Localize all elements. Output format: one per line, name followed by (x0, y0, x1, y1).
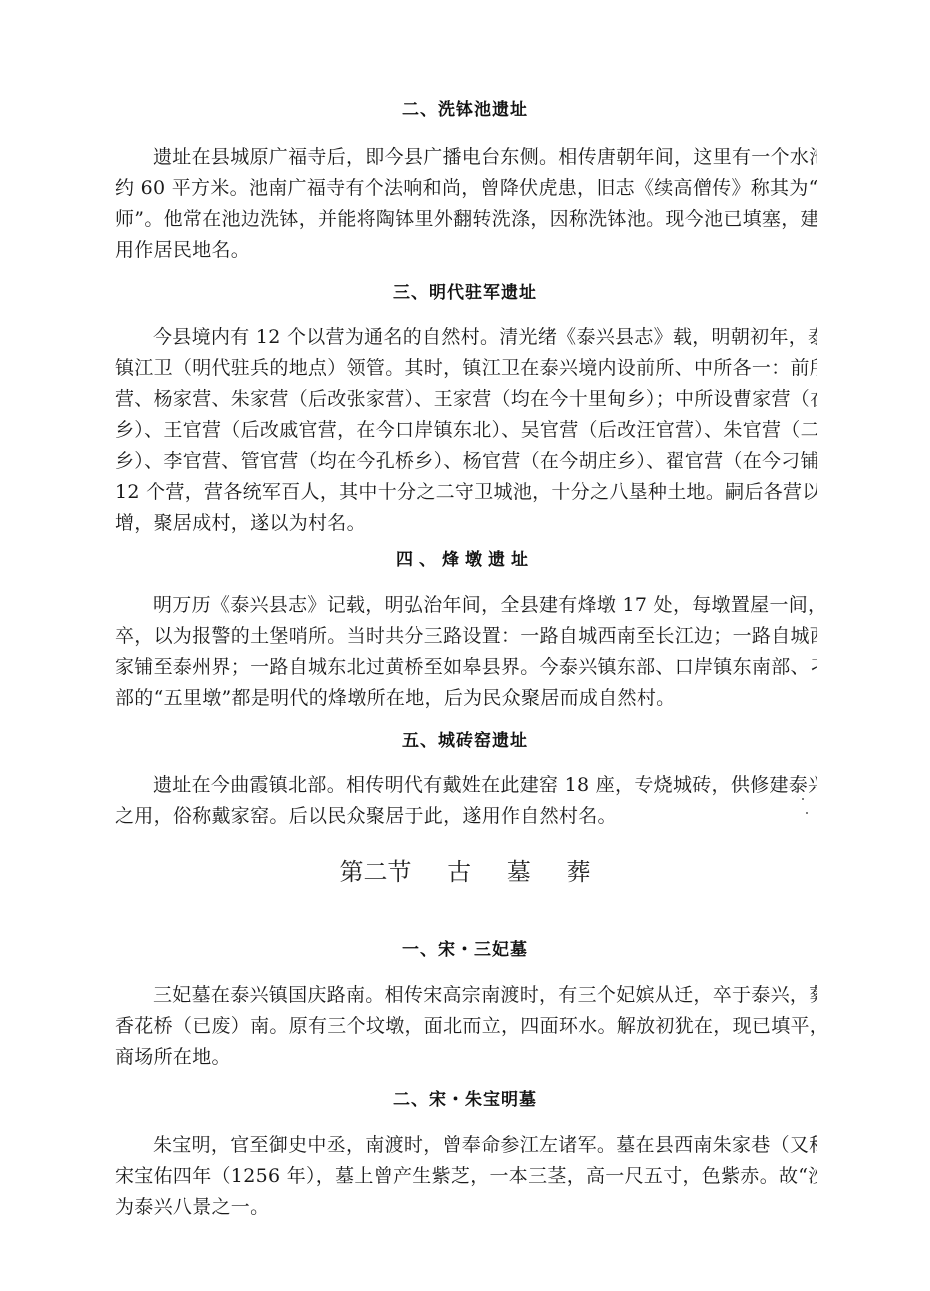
heading-ming-garrison-site: 三、明代驻军遗址 (0, 278, 930, 303)
text-line: 卒，以为报警的土堡哨所。当时共分三路设置：一路自城西南至长江边；一路自城西北过刁 (115, 621, 817, 652)
paragraph-three-consorts-tomb: 三妃墓在泰兴镇国庆路南。相传宋高宗南渡时，有三个妃嫔从迁，卒于泰兴，葬于城内 香… (115, 980, 817, 1073)
section-number: 第二节 (340, 852, 412, 887)
text-line: 今县境内有 12 个以营为通名的自然村。清光绪《泰兴县志》载，明朝初年，泰兴营武… (115, 322, 817, 353)
text-line: 增，聚居成村，遂以为村名。 (115, 508, 817, 539)
section-title-char: 墓 (507, 852, 531, 887)
paragraph-beacon: 明万历《泰兴县志》记载，明弘治年间，全县建有烽墩 17 处，每墩置屋一间，居巡逻… (115, 590, 817, 714)
text-line: 为泰兴八景之一。 (115, 1192, 817, 1223)
paragraph-brick-kiln: 遗址在今曲霞镇北部。相传明代有戴姓在此建窑 18 座，专烧城砖，供修建泰兴县城垣… (115, 770, 817, 832)
text-line: 遗址在县城原广福寺后，即今县广播电台东侧。相传唐朝年间，这里有一个水池，占地 (115, 142, 817, 173)
text-line: 朱宝明，官至御史中丞，南渡时，曾奉命参江左诸军。墓在县西南朱家巷（又称沙埠）。 (115, 1130, 817, 1161)
scan-speck (806, 812, 808, 814)
text-line: 师”。他常在池边洗钵，并能将陶钵里外翻转洗涤，因称洗钵池。现今池已填塞，建屋其上… (115, 204, 817, 235)
section-title-char: 古 (447, 852, 471, 887)
text-line: 乡）、李官营、管官营（均在今孔桥乡）、杨官营（在今胡庄乡）、翟官营（在今刁铺镇南… (115, 446, 817, 477)
text-line: 约 60 平方米。池南广福寺有个法响和尚，曾降伏虎患，旧志《续高僧传》称其为“伏… (115, 173, 817, 204)
text-line: 12 个营，营各统军百人，其中十分之二守卫城池，十分之八垦种土地。嗣后各营以人口… (115, 477, 817, 508)
text-line: 三妃墓在泰兴镇国庆路南。相传宋高宗南渡时，有三个妃嫔从迁，卒于泰兴，葬于城内 (115, 980, 817, 1011)
text-line: 家铺至泰州界；一路自城东北过黄桥至如皋县界。今泰兴镇东部、口岸镇东南部、刁铺镇南 (115, 652, 817, 683)
text-line: 宋宝佑四年（1256 年），墓上曾产生紫芝，一本三茎，高一尺五寸，色紫赤。故“沙… (115, 1161, 817, 1192)
text-line: 用作居民地名。 (115, 235, 817, 266)
document-page: 二、洗钵池遗址 遗址在县城原广福寺后，即今县广播电台东侧。相传唐朝年间，这里有一… (0, 0, 930, 1291)
text-line: 香花桥（已废）南。原有三个坟墩，面北而立，四面环水。解放初犹在，现已填平，为国庆… (115, 1011, 817, 1042)
text-line: 营、杨家营、朱家营（后改张家营）、王家营（均在今十里甸乡）；中所设曹家营（在今许… (115, 384, 817, 415)
text-line: 乡）、王官营（后改戚官营，在今口岸镇东北）、吴官营（后改汪官营）、朱官营（二营在… (115, 415, 817, 446)
paragraph-ming-garrison: 今县境内有 12 个以营为通名的自然村。清光绪《泰兴县志》载，明朝初年，泰兴营武… (115, 322, 817, 539)
paragraph-xibochi: 遗址在县城原广福寺后，即今县广播电台东侧。相传唐朝年间，这里有一个水池，占地 约… (115, 142, 817, 266)
text-line: 之用，俗称戴家窑。后以民众聚居于此，遂用作自然村名。 (115, 801, 817, 832)
text-line: 部的“五里墩”都是明代的烽墩所在地，后为民众聚居而成自然村。 (115, 683, 817, 714)
text-line: 商场所在地。 (115, 1042, 817, 1073)
heading-zhu-baoming-tomb: 二、宋・朱宝明墓 (0, 1085, 930, 1110)
heading-three-consorts-tomb: 一、宋・三妃墓 (0, 935, 930, 960)
section-title-char: 葬 (566, 852, 590, 887)
text-line: 遗址在今曲霞镇北部。相传明代有戴姓在此建窑 18 座，专烧城砖，供修建泰兴县城垣 (115, 770, 817, 801)
heading-beacon-site: 四、烽墩遗址 (0, 545, 930, 570)
heading-brick-kiln-site: 五、城砖窑遗址 (0, 726, 930, 751)
heading-xibochi-site: 二、洗钵池遗址 (0, 95, 930, 120)
text-line: 明万历《泰兴县志》记载，明弘治年间，全县建有烽墩 17 处，每墩置屋一间，居巡逻… (115, 590, 817, 621)
text-line: 镇江卫（明代驻兵的地点）领管。其时，镇江卫在泰兴境内设前所、中所各一：前所设李家 (115, 353, 817, 384)
section-title-ancient-tombs: 第二节 古 墓 葬 (0, 852, 930, 887)
paragraph-zhu-baoming-tomb: 朱宝明，官至御史中丞，南渡时，曾奉命参江左诸军。墓在县西南朱家巷（又称沙埠）。 … (115, 1130, 817, 1223)
scan-speck (802, 798, 804, 800)
